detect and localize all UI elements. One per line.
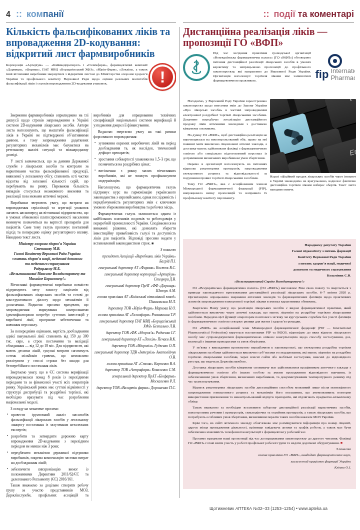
- letter-signature-line: заслужений працівник фармації України: [188, 460, 351, 465]
- paragraph: Звертаємо увагу, що в ЄС система верифік…: [6, 370, 89, 405]
- section-marker-icon: ::: [16, 9, 22, 19]
- bullet-item: забезпечити синхронізацію вимог із полож…: [6, 466, 89, 481]
- address-line: з питань здоров’я нації, медичної допомо…: [6, 256, 89, 261]
- sign-off: З повагою: [94, 247, 177, 252]
- section-label-events-2: та коментарі: [298, 9, 354, 19]
- bullet-item: витіснення з ринку малих вітчизняних вир…: [94, 168, 177, 183]
- letter-address-block: Міністру охорони здоров’я України Степан…: [6, 241, 89, 271]
- body-and-photo-row: Нагадаємо, у Верховній Раді України заре…: [183, 99, 356, 235]
- section-header-events: :: події та коментарі: [183, 9, 354, 23]
- fip-logo: fip International PharmaceuticalFederati…: [314, 54, 356, 81]
- signature-line: голова правління АТ «Київський вітамінни…: [94, 294, 177, 304]
- signature-line: генеральний директор ПрАТ «ФФ «Дарниця» …: [94, 283, 177, 293]
- article-body: Звернення фармвиробників оприлюднено на …: [6, 113, 176, 501]
- keyboard-key: [291, 99, 328, 115]
- letter-addressee-line: з питань здоров’я нації, медичної: [188, 262, 351, 267]
- bullet-item: зростання собівартості упаковки на 1,5–3…: [94, 157, 177, 167]
- signature-line: генеральний директор ТДВ «Інтерхім» Анат…: [94, 349, 177, 359]
- article-falsified-medicines: Кількість фальсифікованих ліків та впров…: [6, 27, 176, 501]
- letter-addressee-line: допомоги та медичного страхування: [188, 268, 351, 273]
- signature-line: голова правління АТ «Стома» Карпенко В.А…: [94, 361, 177, 366]
- section-label-companies-2: панії: [43, 9, 64, 19]
- bullet-item: розробити та затвердити дорожню карту вп…: [6, 434, 89, 449]
- key-p: P: [324, 99, 356, 129]
- letter-paragraph: Відпуск рецептурних лікарських засобів д…: [188, 386, 351, 404]
- article-distance-sales: Дистанційна реалізація ліків — пропозиці…: [183, 27, 356, 489]
- article-title: Кількість фальсифікованих ліків та впров…: [6, 27, 176, 61]
- paragraph: Звернення фармвиробників оприлюднено на …: [6, 113, 89, 158]
- letter-paragraph: У зв’язку з викладеним пропонуємо передб…: [188, 346, 351, 364]
- article-lead-block: ! Корпорація «Артеріум» — «Київмедпрепар…: [6, 63, 176, 86]
- signature-line: голова правління АТ «Галичфарм» Романиши…: [94, 312, 177, 317]
- letter-paragraph-text: Просимо врахувати наші пропозиції під ча…: [188, 437, 351, 446]
- footer-issue-line: Щотижневик АПТЕКА №32–33 (1253–1254) • w…: [183, 506, 354, 511]
- signature-line: директор ТОВ «ФК «Здоров’я» Радченко І.Г…: [94, 330, 177, 335]
- article-lead: Корпорація «Артеріум» — «Київмедпрепарат…: [6, 63, 148, 85]
- pills-key: [272, 113, 314, 155]
- letter-addressee-line: Народному депутату України: [188, 243, 351, 248]
- article-end-mark: ■: [340, 441, 342, 445]
- footer: Щотижневик АПТЕКА №32–33 (1253–1254) • w…: [183, 506, 354, 514]
- column-divider: [179, 27, 180, 498]
- address-line: та медичного страхування: [6, 261, 89, 266]
- letter-signature-line: голова правління ГО «ВФП», кандидат фарм…: [188, 454, 351, 459]
- signature-line: генеральний директор АТ «Лекхім» Печаєв …: [94, 337, 177, 342]
- letter-salutation: «Вельмишановні Максиме Володимировичу та…: [6, 271, 89, 281]
- section-marker-icon: ::: [263, 9, 269, 19]
- article-lead: Під час засідання правління громадської …: [213, 51, 311, 83]
- keyboard-key: [270, 152, 291, 174]
- paragraph: На думку ГО «ВФП», щоб дистанційна реалі…: [183, 133, 267, 161]
- key-p-label: P: [324, 99, 356, 110]
- paragraph: Окремо в організації наголошують на пита…: [183, 162, 267, 180]
- signature-line: генеральний директор ПрАТ «Біофарма» Мос…: [94, 374, 177, 384]
- fip-subtitle-line: International Pharmaceutical: [331, 69, 355, 81]
- letter-signature-line: З повагою: [188, 447, 351, 452]
- article-end-mark: ■: [151, 241, 153, 246]
- vfp-logo-icon: [183, 54, 210, 81]
- paragraph: З огляду на зазначене просимо:: [6, 406, 89, 411]
- letter-addressee-line: Голові підкомітету з питань фармації: [188, 249, 351, 254]
- signature-line: директор ТОВ «Валартін фарма» Дорошенко …: [94, 385, 177, 390]
- article-title: Дистанційна реалізація ліків — пропозиці…: [183, 27, 356, 49]
- section-header-companies: 4 :: компанії: [6, 9, 176, 23]
- letter-salutation: «Вельмишановний Сергію Володимировичу!»: [188, 280, 351, 285]
- address-line: Голові Комітету Верховної Ради України: [6, 251, 89, 256]
- address-line: Степанову М.В.: [6, 246, 89, 251]
- paragraph: Тому ГО «ВФП», яка є асоційованим членом…: [183, 182, 267, 200]
- open-letter-content: Народному депутату України Голові підком…: [188, 243, 351, 470]
- keyboard-photo: P Enter: [270, 99, 356, 173]
- paragraph: Наголошуємо, що фармацевтична галузь під…: [94, 185, 177, 210]
- article-body: Нагадаємо, у Верховній Раді України заре…: [183, 99, 267, 235]
- paragraph-text: Фармацевтична галузь залишається одним і…: [94, 211, 177, 245]
- letter-paragraph: ГО «Всеукраїнська фармацевтична палата» …: [188, 286, 351, 304]
- letter-addressee-line: Кузьміних С.В.: [188, 274, 351, 279]
- address-line: Радуцькому М.Б.: [6, 266, 89, 271]
- fip-subtitle: International PharmaceuticalFederation: [331, 69, 355, 81]
- signature-line: генеральний директор АТ «Фармак» Костюк …: [94, 265, 177, 270]
- warning-icon: !: [150, 64, 175, 89]
- bullet-item: передбачити механізми державної підтримк…: [6, 450, 89, 465]
- paragraph: Нагадаємо, у Верховній Раді України заре…: [183, 99, 267, 131]
- letter-paragraph: Просимо врахувати наші пропозиції під ча…: [188, 437, 351, 446]
- signature-line: директор ТОВ «Астрафарм» Коваленко С.М.: [94, 367, 177, 372]
- letter-signature-line: Клімов О.І.: [188, 466, 351, 471]
- letter-paragraph: Також вважаємо за необхідне встановити з…: [188, 406, 351, 420]
- signature-line: директор ТОВ «Юрія-Фарм» Маркова Н.О.: [94, 306, 177, 311]
- paragraph: Фармацевтична галузь залишається одним і…: [94, 211, 177, 246]
- bullet-item: провести ґрунтовний аналіз масштабів фал…: [6, 412, 89, 432]
- paragraph: У листі зазначається, що за даними Держа…: [6, 159, 89, 199]
- section-label-events: події: [274, 9, 298, 19]
- open-letter-box: Народному депутату України Голові підком…: [183, 239, 356, 489]
- address-line: Міністру охорони здоров’я України: [6, 241, 89, 246]
- signature-line: генеральний директор ПАТ НВЦ «Борщагівсь…: [94, 319, 177, 329]
- fip-emblem-icon: [328, 54, 342, 68]
- signature-line: генеральний директор корпорації «Артеріу…: [94, 271, 177, 281]
- page-number: 4: [6, 10, 10, 19]
- paragraph: Водночас звертаємо увагу на такі ризики …: [94, 129, 177, 139]
- newspaper-page: 4 :: компанії :: події та коментарі Кіль…: [0, 0, 360, 530]
- section-label-companies: ком: [26, 9, 42, 19]
- fip-wordmark: fip: [315, 70, 328, 81]
- bullet-item: зупинення окремих виробничих ліній на пе…: [94, 140, 177, 155]
- letter-paragraph: ГО «ВФП» як асоційований член Міжнародно…: [188, 326, 351, 344]
- letter-paragraph: Звертаємо Вашу увагу, що реалізація ліка…: [188, 306, 351, 324]
- letter-paragraph: Доставка лікарських засобів кінцевому сп…: [188, 366, 351, 384]
- paragraph: За попередніми оцінками, вартість дообла…: [6, 328, 89, 368]
- paragraph: Виробники звертають увагу, що витрати на…: [6, 200, 89, 240]
- photo-caption: Наразі офіційний продаж лікарських засоб…: [270, 175, 356, 192]
- paragraph: Вітчизняні фармацевтичні виробники повні…: [6, 282, 89, 327]
- lead-row: Під час засідання правління громадської …: [183, 51, 356, 97]
- letter-paragraph: Крім того, на сайті аптечного закладу об…: [188, 421, 351, 435]
- signature-line: директор ТОВ «Мікрохім» Гудзенко О.П.: [94, 343, 177, 348]
- signature-line: президент Асоціації «Виробники ліків Укр…: [94, 254, 177, 264]
- letter-addressee-line: Комітету Верховної Ради України: [188, 256, 351, 261]
